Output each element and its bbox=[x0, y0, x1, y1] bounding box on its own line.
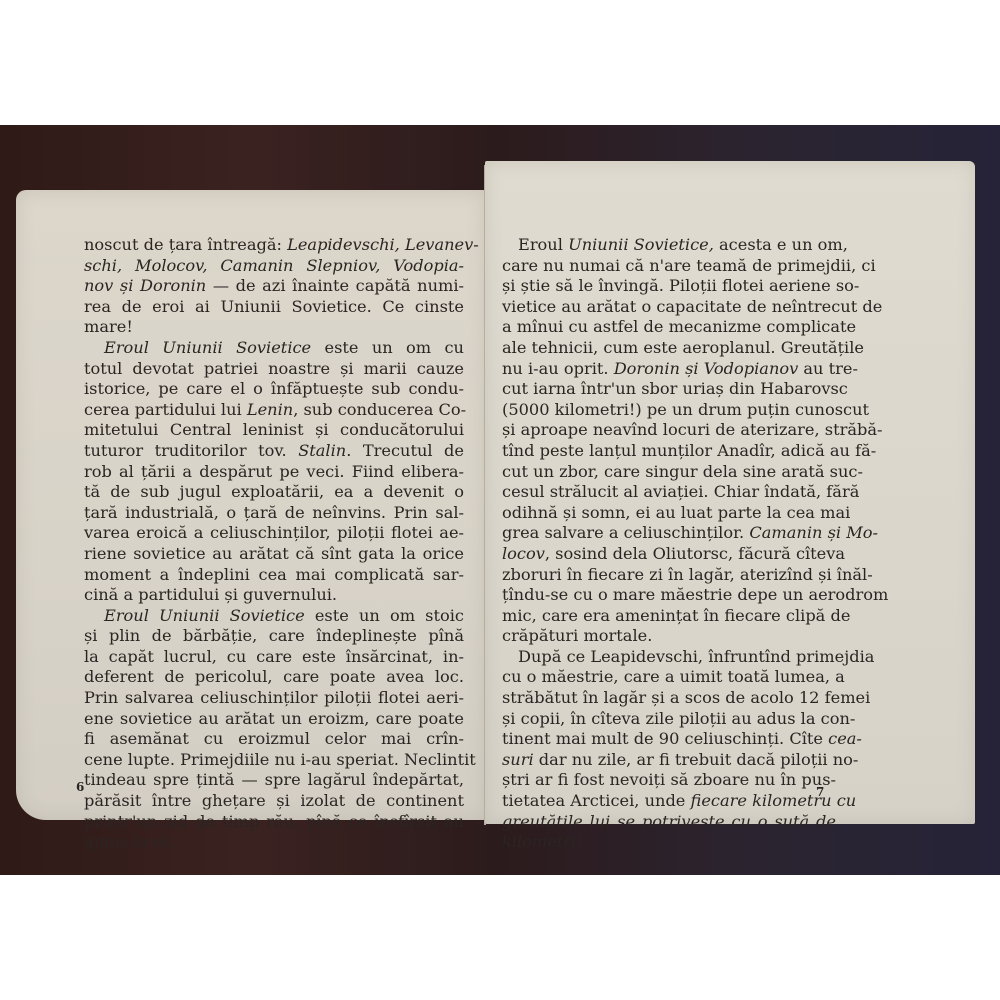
text-line: zboruri în fiecare zi în lagăr, aterizîn… bbox=[502, 565, 836, 586]
text-line: care nu numai că n'are teamă de primejdi… bbox=[502, 256, 836, 277]
text-line: nov și Doronin — de azi înainte capătă n… bbox=[84, 276, 464, 297]
text-line: Eroul Uniunii Sovietice, acesta e un om, bbox=[502, 235, 836, 256]
text-line: și aproape neavînd locuri de aterizare, … bbox=[502, 420, 836, 441]
text-line: Eroul Uniunii Sovietice este un om stoic bbox=[84, 606, 464, 627]
text-line: mic, care era amenințat în fiecare clipă… bbox=[502, 606, 836, 627]
text-line: cut iarna într'un sbor uriaș din Habarov… bbox=[502, 379, 836, 400]
text-line: varea eroică a celiuschinților, piloții … bbox=[84, 523, 464, 544]
text-line: și plin de bărbăție, care îndeplinește p… bbox=[84, 626, 464, 647]
text-line: cu o măestrie, care a uimit toată lumea,… bbox=[502, 667, 836, 688]
text-line: fi asemănat cu eroizmul celor mai crîn- bbox=[84, 729, 464, 750]
right-page-body: Eroul Uniunii Sovietice, acesta e un om,… bbox=[502, 235, 836, 853]
text-line: noscut de țara întreagă: Leapidevschi, L… bbox=[84, 235, 464, 256]
text-line: cină a partidului și guvernului. bbox=[84, 585, 464, 606]
text-line: locov, sosind dela Oliutorsc, făcură cît… bbox=[502, 544, 836, 565]
text-line: ene sovietice au arătat un eroizm, care … bbox=[84, 709, 464, 730]
text-line: riene sovietice au arătat că sînt gata l… bbox=[84, 544, 464, 565]
text-line: vietice au arătat o capacitate de neîntr… bbox=[502, 297, 836, 318]
text-line: ajuns la el. bbox=[84, 832, 464, 853]
text-line: tietatea Arcticei, unde fiecare kilometr… bbox=[502, 791, 836, 812]
left-page-number: 6 bbox=[76, 780, 84, 794]
text-line: tă de sub jugul exploatării, ea a deveni… bbox=[84, 482, 464, 503]
text-line: ale tehnicii, cum este aeroplanul. Greut… bbox=[502, 338, 836, 359]
text-line: tuturor truditorilor tov. Stalin. Trecut… bbox=[84, 441, 464, 462]
left-page: noscut de țara întreagă: Leapidevschi, L… bbox=[16, 190, 485, 820]
text-line: Eroul Uniunii Sovietice este un om cu bbox=[84, 338, 464, 359]
text-line: tindeau spre țintă — spre lagărul îndepă… bbox=[84, 770, 464, 791]
text-line: odihnă și somn, ei au luat parte la cea … bbox=[502, 503, 836, 524]
text-line: tinent mai mult de 90 celiuschinți. Cîte… bbox=[502, 729, 836, 750]
text-line: mitetului Central leninist și conducător… bbox=[84, 420, 464, 441]
right-page-number: 7 bbox=[816, 785, 824, 799]
left-page-body: noscut de țara întreagă: Leapidevschi, L… bbox=[84, 235, 464, 853]
text-line: cut un zbor, care singur dela sine arată… bbox=[502, 462, 836, 483]
right-page: Eroul Uniunii Sovietice, acesta e un om,… bbox=[485, 161, 975, 824]
text-line: (5000 kilometri!) pe un drum puțin cunos… bbox=[502, 400, 836, 421]
text-line: mare! bbox=[84, 317, 464, 338]
text-line: tînd peste lanțul munților Anadîr, adică… bbox=[502, 441, 836, 462]
text-line: kilometri! bbox=[502, 832, 836, 853]
text-line: Prin salvarea celiuschinților piloții fl… bbox=[84, 688, 464, 709]
text-line: crăpături mortale. bbox=[502, 626, 836, 647]
text-line: țară industrială, o țară de neînvins. Pr… bbox=[84, 503, 464, 524]
text-line: cerea partidului lui Lenin, sub conducer… bbox=[84, 400, 464, 421]
text-line: rea de eroi ai Uniunii Sovietice. Ce cin… bbox=[84, 297, 464, 318]
text-line: totul devotat patriei noastre și marii c… bbox=[84, 359, 464, 380]
text-line: moment a îndeplini cea mai complicată sa… bbox=[84, 565, 464, 586]
text-line: cene lupte. Primejdiile nu i-au speriat.… bbox=[84, 750, 464, 771]
text-line: ștri ar fi fost nevoiți să zboare nu în … bbox=[502, 770, 836, 791]
text-line: schi, Molocov, Camanin Slepniov, Vodopia… bbox=[84, 256, 464, 277]
text-line: a mînui cu astfel de mecanizme complicat… bbox=[502, 317, 836, 338]
text-line: suri dar nu zile, ar fi trebuit dacă pil… bbox=[502, 750, 836, 771]
text-line: istorice, pe care el o înfăptuește sub c… bbox=[84, 379, 464, 400]
text-line: cesul strălucit al aviației. Chiar îndat… bbox=[502, 482, 836, 503]
text-line: la capăt lucrul, cu care este însărcinat… bbox=[84, 647, 464, 668]
text-line: deferent de pericolul, care poate avea l… bbox=[84, 667, 464, 688]
text-line: După ce Leapidevschi, înfruntînd primejd… bbox=[502, 647, 836, 668]
text-line: și știe să le învingă. Piloții flotei ae… bbox=[502, 276, 836, 297]
text-line: țîndu-se cu o mare măestrie depe un aero… bbox=[502, 585, 836, 606]
text-line: străbătut în lagăr și a scos de acolo 12… bbox=[502, 688, 836, 709]
text-line: greutățile lui se potrivește cu o sută d… bbox=[502, 812, 836, 833]
text-line: nu i-au oprit. Doronin și Vodopianov au … bbox=[502, 359, 836, 380]
text-line: rob al țării a despărut pe veci. Fiind e… bbox=[84, 462, 464, 483]
text-line: și copii, în cîteva zile piloții au adus… bbox=[502, 709, 836, 730]
text-line: grea salvare a celiuschinților. Camanin … bbox=[502, 523, 836, 544]
text-line: părăsit între ghețare și izolat de conti… bbox=[84, 791, 464, 812]
text-line: printr'un zid de timp rău, pînă ce însfî… bbox=[84, 812, 464, 833]
